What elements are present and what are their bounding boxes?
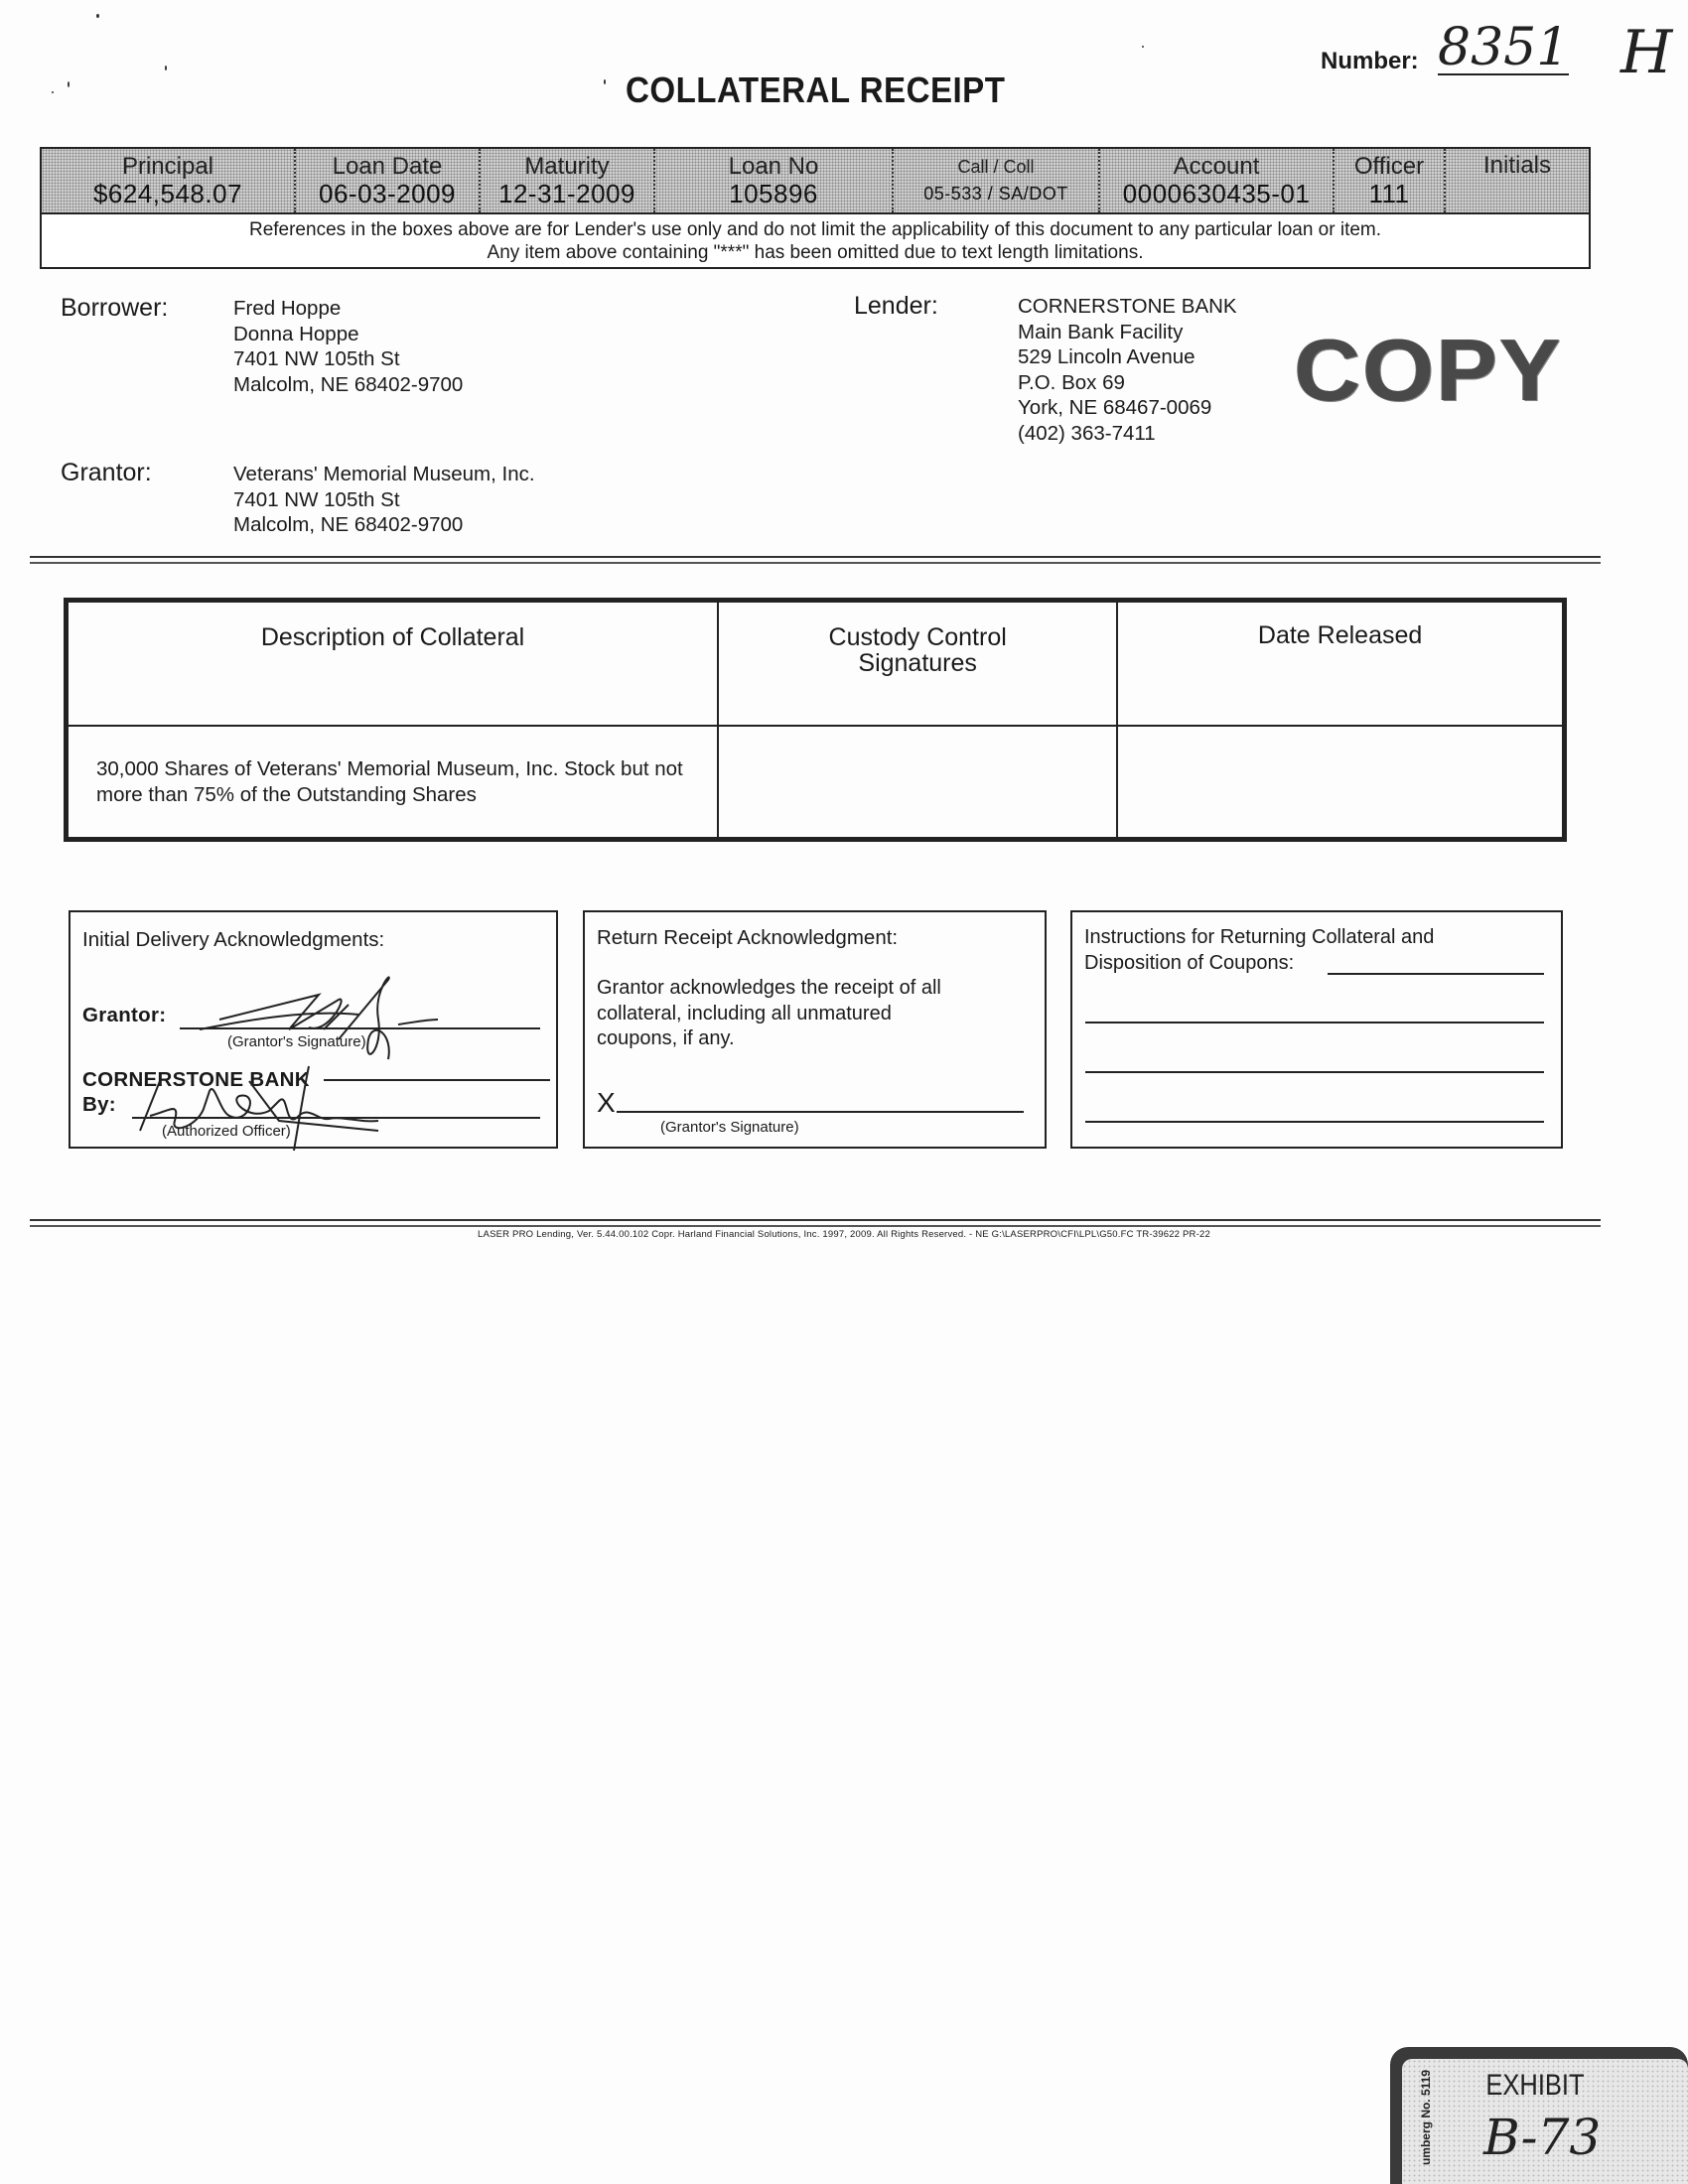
- initials-header: Initials: [1483, 153, 1551, 179]
- return-body-line: coupons, if any.: [597, 1026, 941, 1052]
- call-coll-header: Call / Coll: [957, 154, 1034, 180]
- grantor-label: Grantor:: [61, 459, 152, 487]
- instructions-title-line-1: Instructions for Returning Collateral an…: [1084, 924, 1434, 950]
- lender-block: CORNERSTONE BANK Main Bank Facility 529 …: [1018, 294, 1237, 446]
- collateral-header-row: Description of Collateral Custody Contro…: [68, 602, 1563, 726]
- loan-date-header: Loan Date: [333, 154, 443, 180]
- borrower-label: Borrower:: [61, 294, 168, 323]
- grantor-sig-label: Grantor:: [82, 1004, 166, 1027]
- lender-line: 529 Lincoln Avenue: [1018, 344, 1237, 370]
- borrower-line: 7401 NW 105th St: [233, 346, 463, 372]
- section-divider: [30, 556, 1601, 564]
- grantor-line: 7401 NW 105th St: [233, 487, 535, 513]
- loan-cell-initials: Initials: [1446, 149, 1589, 212]
- instructions-line[interactable]: [1328, 973, 1544, 975]
- loan-cell-call-coll: Call / Coll 05-533 / SA/DOT: [894, 149, 1100, 212]
- grantor-line: Veterans' Memorial Museum, Inc.: [233, 462, 535, 487]
- loan-cell-officer: Officer 111: [1335, 149, 1446, 212]
- instructions-title: Instructions for Returning Collateral an…: [1084, 924, 1434, 976]
- loan-note-line-2: Any item above containing "***" has been…: [42, 241, 1589, 264]
- loan-info-note: References in the boxes above are for Le…: [42, 214, 1589, 267]
- footer-text: LASER PRO Lending, Ver. 5.44.00.102 Copr…: [0, 1229, 1688, 1240]
- loan-cell-principal: Principal $624,548.07: [42, 149, 296, 212]
- instructions-line[interactable]: [1085, 1071, 1544, 1073]
- instructions-line[interactable]: [1085, 1022, 1544, 1024]
- collateral-description: 30,000 Shares of Veterans' Memorial Muse…: [68, 726, 718, 838]
- footer-divider: [30, 1219, 1601, 1227]
- scan-speck: [52, 91, 54, 93]
- maturity-header: Maturity: [524, 154, 609, 180]
- exhibit-title: EXHIBIT: [1422, 2069, 1648, 2103]
- return-caption: (Grantor's Signature): [660, 1119, 799, 1136]
- loan-cell-maturity: Maturity 12-31-2009: [481, 149, 655, 212]
- initial-delivery-title: Initial Delivery Acknowledgments:: [82, 928, 384, 952]
- grantor-caption: (Grantor's Signature): [227, 1033, 366, 1050]
- loan-cell-loan-no: Loan No 105896: [655, 149, 894, 212]
- loan-date-value: 06-03-2009: [319, 180, 456, 207]
- copy-stamp: COPY: [1295, 320, 1563, 421]
- instructions-box: Instructions for Returning Collateral an…: [1070, 910, 1563, 1149]
- lender-label: Lender:: [854, 292, 938, 321]
- grantor-line: Malcolm, NE 68402-9700: [233, 512, 535, 538]
- loan-info-box: Principal $624,548.07 Loan Date 06-03-20…: [40, 147, 1591, 269]
- table-row: 30,000 Shares of Veterans' Memorial Muse…: [68, 726, 1563, 838]
- exhibit-label: umberg No. 5119 EXHIBIT B-73: [1402, 2059, 1688, 2184]
- return-receipt-title: Return Receipt Acknowledgment:: [597, 926, 898, 950]
- receipt-number-suffix: H: [1620, 18, 1672, 87]
- exhibit-sticker: umberg No. 5119 EXHIBIT B-73: [1390, 2047, 1688, 2184]
- return-body-line: Grantor acknowledges the receipt of all: [597, 976, 941, 1002]
- date-released-cell[interactable]: [1117, 726, 1563, 838]
- header-custody-signatures: Custody Control Signatures: [718, 602, 1117, 726]
- loan-cell-loan-date: Loan Date 06-03-2009: [296, 149, 481, 212]
- borrower-line: Malcolm, NE 68402-9700: [233, 372, 463, 398]
- receipt-number-field[interactable]: 8351: [1438, 22, 1569, 75]
- lender-line: P.O. Box 69: [1018, 370, 1237, 396]
- scan-speck: [68, 81, 70, 87]
- principal-value: $624,548.07: [93, 180, 242, 207]
- document-title: COLLATERAL RECEIPT: [626, 69, 1005, 111]
- borrower-line: Fred Hoppe: [233, 296, 463, 322]
- lender-line: CORNERSTONE BANK: [1018, 294, 1237, 320]
- initial-delivery-box: Initial Delivery Acknowledgments: Granto…: [69, 910, 558, 1149]
- grantor-block: Veterans' Memorial Museum, Inc. 7401 NW …: [233, 462, 535, 538]
- exhibit-value: B-73: [1483, 2109, 1601, 2166]
- borrower-block: Fred Hoppe Donna Hoppe 7401 NW 105th St …: [233, 296, 463, 397]
- return-body-line: collateral, including all unmatured: [597, 1002, 941, 1027]
- return-grantor-signature-line[interactable]: [617, 1111, 1024, 1113]
- borrower-line: Donna Hoppe: [233, 322, 463, 347]
- loan-no-header: Loan No: [729, 154, 819, 180]
- lender-line: Main Bank Facility: [1018, 320, 1237, 345]
- loan-cell-account: Account 0000630435-01: [1100, 149, 1335, 212]
- loan-note-line-1: References in the boxes above are for Le…: [42, 218, 1589, 241]
- officer-caption: (Authorized Officer): [162, 1123, 291, 1140]
- return-receipt-body: Grantor acknowledges the receipt of all …: [597, 976, 941, 1052]
- principal-header: Principal: [122, 154, 213, 180]
- header-date-released: Date Released: [1117, 602, 1563, 726]
- custody-signatures-cell[interactable]: [718, 726, 1117, 838]
- header-description: Description of Collateral: [68, 602, 718, 726]
- maturity-value: 12-31-2009: [498, 180, 635, 207]
- lender-line: (402) 363-7411: [1018, 421, 1237, 447]
- officer-value: 111: [1368, 180, 1409, 207]
- instructions-line[interactable]: [1085, 1121, 1544, 1123]
- officer-signature-icon: [130, 1061, 408, 1156]
- lender-line: York, NE 68467-0069: [1018, 395, 1237, 421]
- loan-no-value: 105896: [729, 180, 818, 207]
- number-label: Number:: [1321, 48, 1419, 75]
- scan-speck: [96, 14, 99, 18]
- return-receipt-box: Return Receipt Acknowledgment: Grantor a…: [583, 910, 1047, 1149]
- account-value: 0000630435-01: [1123, 180, 1311, 207]
- loan-info-row: Principal $624,548.07 Loan Date 06-03-20…: [42, 149, 1589, 214]
- account-header: Account: [1174, 154, 1260, 180]
- scan-speck: [604, 79, 606, 84]
- scan-speck: [165, 66, 167, 70]
- collateral-table: Description of Collateral Custody Contro…: [64, 598, 1567, 842]
- call-coll-value: 05-533 / SA/DOT: [923, 180, 1068, 207]
- scan-speck: [1142, 46, 1144, 48]
- x-mark: X: [597, 1087, 616, 1119]
- officer-header: Officer: [1354, 154, 1424, 180]
- by-label: By:: [82, 1093, 116, 1117]
